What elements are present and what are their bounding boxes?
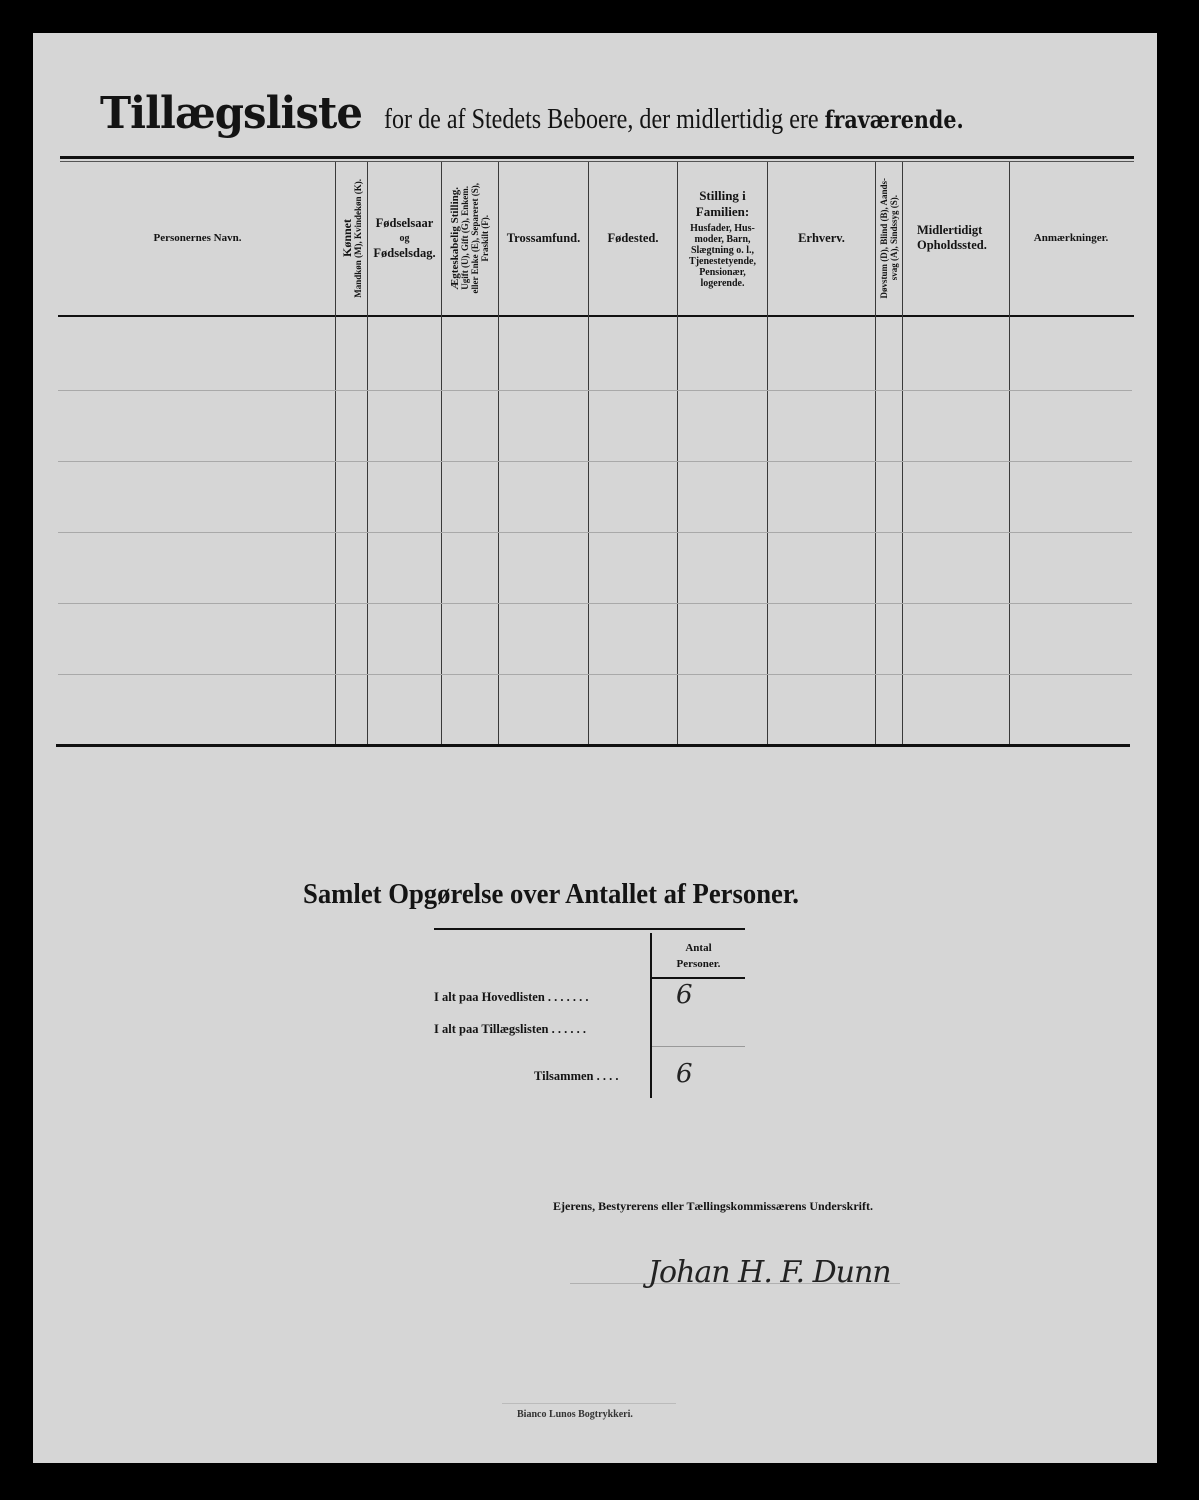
summary-col-header: Antal Personer. [652, 940, 745, 972]
header-label: logerende. [701, 278, 745, 289]
header-label: Ugift (U), Gift (G), Enkem. [460, 186, 470, 290]
printer-rule [502, 1403, 676, 1404]
row-rule [58, 461, 1132, 462]
header-label: Stilling i [699, 188, 746, 204]
header-dovstum-blind: Døvstum (D), Blind (B), Aands- svag (A),… [876, 162, 902, 314]
summary-label-tillaegslisten: I alt paa Tillægslisten . . . . . . [434, 1022, 586, 1037]
summary-title: Samlet Opgørelse over Antallet af Person… [303, 878, 799, 911]
header-label: Fødselsaar [376, 216, 434, 231]
row-rule [58, 390, 1132, 391]
summary-header-rule [652, 977, 745, 979]
header-label: Fødselsdag. [373, 246, 435, 261]
row-rule [58, 532, 1132, 533]
signature-handwritten[interactable]: Johan H. F. Dunn [648, 1255, 891, 1290]
subtitle-regular: for de af Stedets Beboere, der midlertid… [384, 104, 825, 135]
form-title-main: Tillægsliste [100, 88, 362, 139]
summary-top-rule [434, 928, 745, 930]
header-label: Tjenestetyende, [689, 256, 756, 267]
header-label: Erhverv. [798, 231, 845, 246]
header-label: Fraskilt (F). [480, 215, 490, 262]
header-label: og [400, 231, 410, 246]
subtitle-bold: fraværende. [825, 105, 964, 134]
summary-value-tilsammen[interactable]: 6 [676, 1059, 693, 1089]
header-label: Slægtning o. l., [691, 245, 754, 256]
header-stilling-i-familien: Stilling i Familien: Husfader, Hus- mode… [678, 162, 767, 314]
header-kjonnet: Kønnet Mandkøn (M), Kvindekøn (K). [336, 162, 367, 314]
header-label: moder, Barn, [694, 234, 750, 245]
header-label: eller Enke (E), Separeret (S), [470, 183, 480, 293]
header-sublabel: Mandkøn (M), Kvindekøn (K). [353, 179, 363, 298]
header-midlertidigt-opholdssted: Midlertidigt Opholdssted. [903, 162, 1009, 314]
header-label: Anmærkninger. [1034, 232, 1108, 244]
printer-imprint: Bianco Lunos Bogtrykkeri. [517, 1409, 633, 1420]
header-anmaerkninger: Anmærkninger. [1010, 162, 1132, 314]
header-label: Trossamfund. [507, 231, 581, 246]
header-label: Familien: [696, 204, 749, 220]
header-fodselsaar: Fødselsaar og Fødselsdag. [368, 162, 441, 314]
summary-label-tilsammen: Tilsammen . . . . [534, 1069, 619, 1084]
header-personernes-navn: Personernes Navn. [60, 162, 335, 314]
row-rule [58, 603, 1132, 604]
header-label: Pensionær, [699, 267, 746, 278]
summary-subtotal-rule [652, 1046, 745, 1047]
header-label: Ægteskabelig Stilling. [450, 187, 460, 290]
header-label: Døvstum (D), Blind (B), Aands- [879, 178, 889, 299]
header-trossamfund: Trossamfund. [499, 162, 588, 314]
summary-label-hovedlisten: I alt paa Hovedlisten . . . . . . . [434, 990, 589, 1005]
signature-caption: Ejerens, Bestyrerens eller Tællingskommi… [553, 1199, 873, 1214]
form-title-subtitle: for de af Stedets Beboere, der midlertid… [384, 104, 964, 136]
table-bottom-rule [56, 744, 1130, 747]
form-title: Tillægsliste for de af Stedets Beboere, … [100, 88, 1110, 148]
summary-col-header-line: Antal [652, 940, 745, 956]
summary-col-header-line: Personer. [652, 956, 745, 972]
summary-value-hovedlisten[interactable]: 6 [676, 980, 693, 1010]
header-label: Fødested. [607, 231, 658, 246]
table-top-rule [60, 156, 1134, 159]
header-label: Kønnet [341, 219, 353, 257]
summary-value-tillaegslisten[interactable] [676, 1012, 706, 1040]
header-label: svag (A), Sindssyg (S). [889, 195, 899, 280]
header-label: Midlertidigt [917, 223, 982, 238]
header-fodested: Fødested. [589, 162, 677, 314]
header-label: Personernes Navn. [154, 232, 242, 244]
row-rule [58, 674, 1132, 675]
header-erhverv: Erhverv. [768, 162, 875, 314]
header-aegteskabelig-stilling: Ægteskabelig Stilling. Ugift (U), Gift (… [442, 162, 498, 314]
header-label: Opholdssted. [917, 238, 987, 253]
header-bottom-rule [58, 315, 1134, 317]
header-label: Husfader, Hus- [690, 223, 755, 234]
